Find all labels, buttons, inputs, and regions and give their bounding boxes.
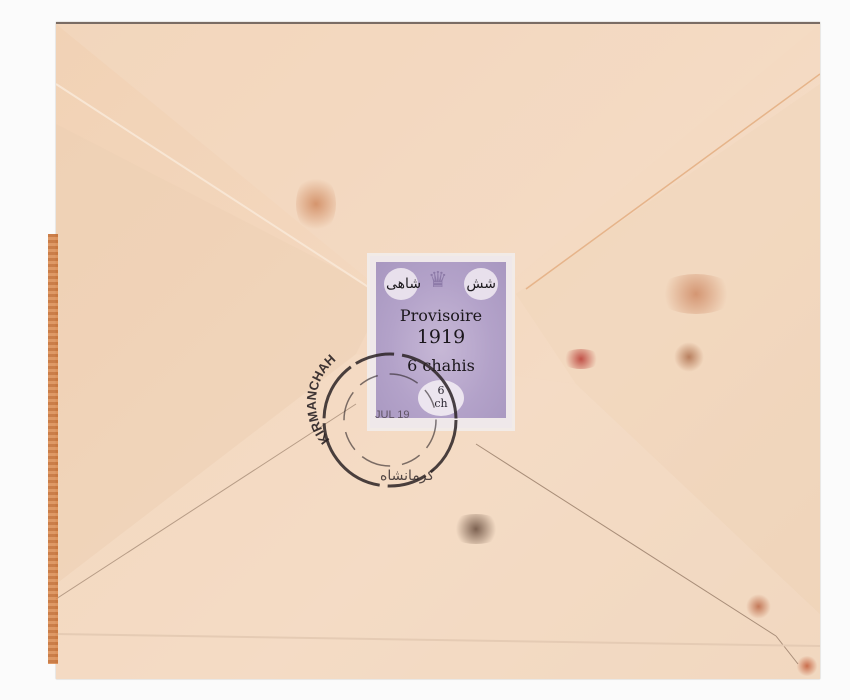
rust-stain <box>796 656 818 676</box>
rust-stain <box>656 274 736 314</box>
postmark-date: JUL 19 <box>375 409 409 421</box>
svg-text:KIRMANCHAH: KIRMANCHAH <box>304 351 339 447</box>
rust-stain <box>296 174 336 234</box>
rust-stain <box>561 349 601 369</box>
postmark-city: KIRMANCHAH <box>304 351 339 447</box>
stamp-persian-left: شاهی <box>386 276 421 292</box>
rust-stain <box>746 594 771 619</box>
ink-spots <box>446 514 506 544</box>
torn-edge-stain <box>48 234 58 664</box>
crown-icon: ♛ <box>428 268 448 293</box>
stamp-persian-right: شش <box>466 276 496 292</box>
postmark-cancel: KIRMANCHAH JUL 19 کرمانشاه <box>290 320 460 490</box>
postmark-persian-text: کرمانشاه <box>380 468 434 484</box>
rust-stain <box>674 342 704 372</box>
